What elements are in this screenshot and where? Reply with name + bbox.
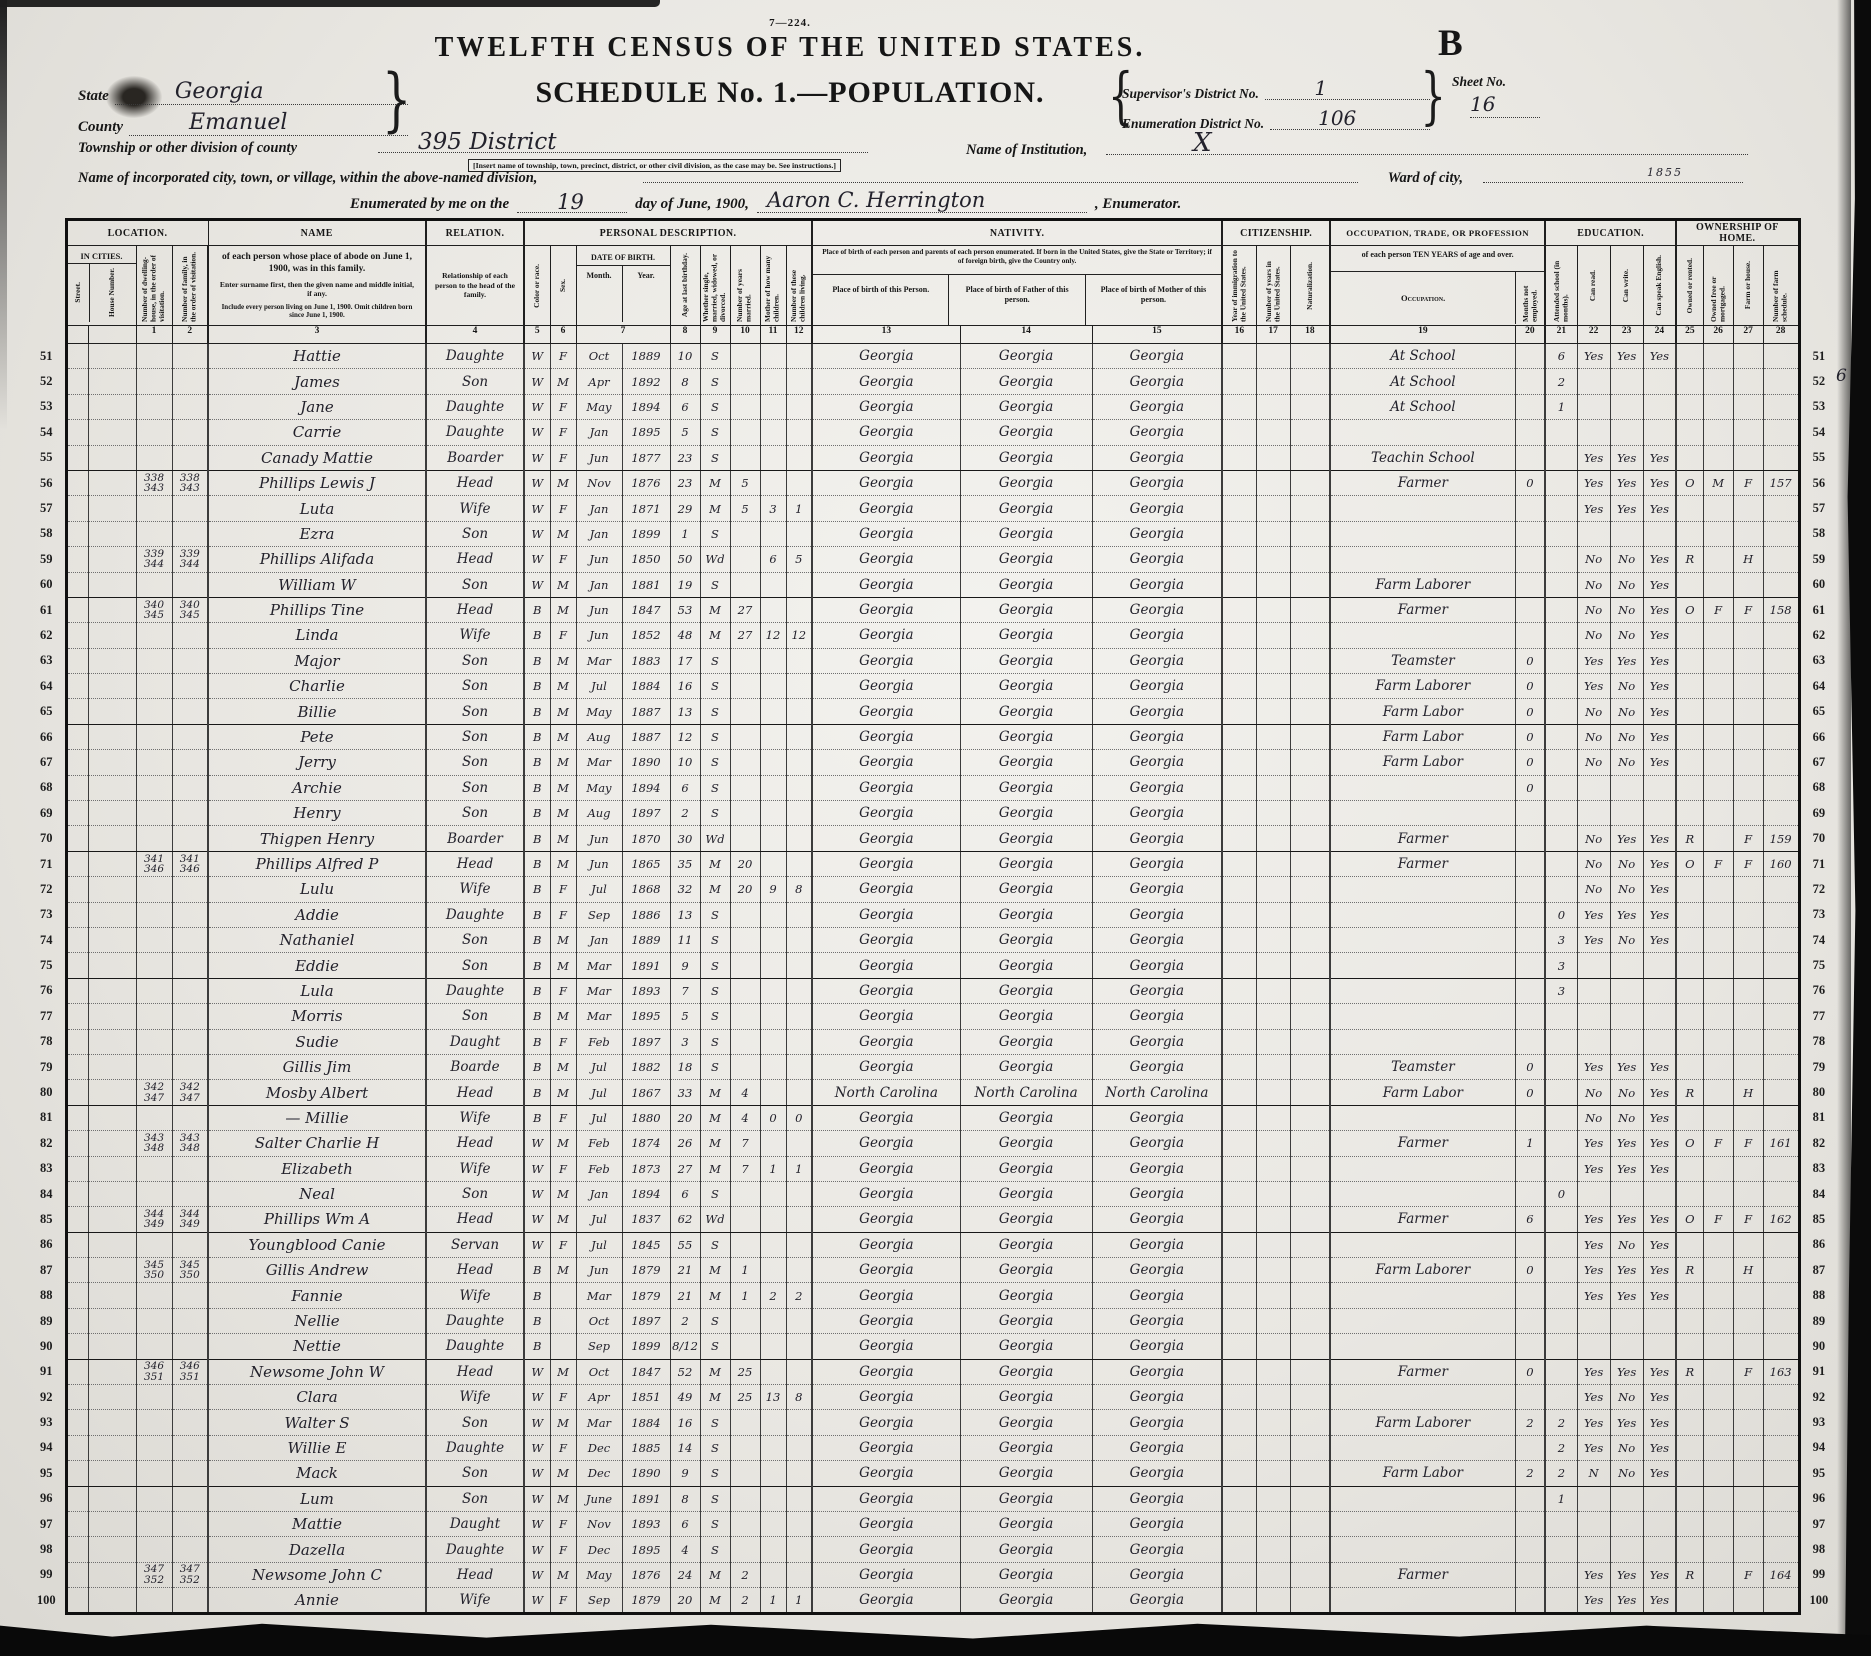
cell-birthplace-mother: Georgia	[1092, 1537, 1222, 1562]
cell-owned-free-mortgaged	[1703, 1181, 1733, 1206]
cell-can-read: No	[1577, 750, 1610, 775]
cell-house-number	[88, 521, 136, 546]
line-number-left: 73	[28, 902, 66, 927]
cell-name: Walter S	[208, 1410, 426, 1435]
cell-months-not-employed	[1515, 826, 1545, 851]
cell-farm-or-house	[1733, 953, 1763, 978]
cell-can-write: No	[1610, 877, 1643, 902]
col-mother-of-children: Mother of how many children.	[764, 250, 781, 322]
cell-immigration-year	[1222, 1537, 1256, 1562]
cell-owned-free-mortgaged	[1703, 674, 1733, 699]
cell-family-number	[172, 674, 208, 699]
cell-attended-school	[1545, 724, 1577, 749]
cell-farm-or-house	[1733, 1385, 1763, 1410]
cell-name: Newsome John W	[208, 1359, 426, 1384]
cell-farm-or-house: H	[1733, 547, 1763, 572]
cell-birth-year: 1847	[622, 1359, 670, 1384]
cell-sex: F	[550, 1435, 576, 1460]
cell-birth-year: 1884	[622, 674, 670, 699]
table-row: 72 Lulu Wife B F Jul 1868 32 M 20 9 8 Ge…	[28, 877, 1837, 902]
cell-immigration-year	[1222, 1080, 1256, 1105]
cell-months-not-employed	[1515, 445, 1545, 470]
cell-dwelling-number: 346 351	[136, 1359, 172, 1384]
line-number-left: 81	[28, 1105, 66, 1130]
cell-birth-year: 1893	[622, 1511, 670, 1536]
cell-farm-schedule-number: 163	[1763, 1359, 1799, 1384]
cell-occupation: Farm Labor	[1330, 724, 1515, 749]
cell-name: Billie	[208, 699, 426, 724]
line-number-left: 91	[28, 1359, 66, 1384]
cell-dwelling-number	[136, 1308, 172, 1333]
cell-birthplace-person: Georgia	[812, 851, 960, 876]
cell-relation: Son	[426, 521, 524, 546]
cell-farm-or-house	[1733, 1588, 1763, 1613]
cell-years-in-us	[1256, 1080, 1290, 1105]
cell-naturalization	[1290, 597, 1330, 622]
cell-farm-schedule-number	[1763, 775, 1799, 800]
column-number: 19	[1330, 326, 1515, 344]
cell-name: Elizabeth	[208, 1156, 426, 1181]
cell-can-speak-english: Yes	[1643, 470, 1676, 495]
cell-can-read: No	[1577, 1080, 1610, 1105]
cell-color-race: W	[524, 1232, 550, 1257]
cell-family-number: 339 344	[172, 547, 208, 572]
cell-sex: M	[550, 826, 576, 851]
cell-mother-of-children	[760, 344, 786, 369]
cell-birthplace-person: Georgia	[812, 623, 960, 648]
cell-farm-or-house	[1733, 775, 1763, 800]
cell-birthplace-mother: Georgia	[1092, 1410, 1222, 1435]
column-number: 10	[730, 326, 760, 344]
cell-mother-of-children	[760, 1435, 786, 1460]
line-number-right: 58	[1799, 521, 1837, 546]
cell-can-read	[1577, 1334, 1610, 1359]
cell-mother-of-children	[760, 1511, 786, 1536]
cell-can-read	[1577, 1308, 1610, 1333]
cell-dwelling-number	[136, 1435, 172, 1460]
cell-birthplace-father: Georgia	[960, 1283, 1092, 1308]
line-number-right: 65	[1799, 699, 1837, 724]
cell-owned-rented	[1676, 775, 1703, 800]
table-row: 55 Canady Mattie Boarder W F Jun 1877 23…	[28, 445, 1837, 470]
cell-children-living	[786, 1486, 812, 1511]
cell-sex: M	[550, 1004, 576, 1029]
cell-immigration-year	[1222, 775, 1256, 800]
cell-house-number	[88, 750, 136, 775]
cell-occupation	[1330, 420, 1515, 445]
supervisor-district-value: 1	[1314, 76, 1327, 100]
cell-birth-year: 1897	[622, 1029, 670, 1054]
cell-marital-status: S	[700, 1029, 730, 1054]
cell-can-read: Yes	[1577, 1588, 1610, 1613]
cell-attended-school	[1545, 699, 1577, 724]
cell-occupation	[1330, 801, 1515, 826]
cell-occupation	[1330, 978, 1515, 1003]
cell-name: Charlie	[208, 674, 426, 699]
cell-months-not-employed: 0	[1515, 750, 1545, 775]
cell-age: 16	[670, 1410, 700, 1435]
cell-children-living	[786, 572, 812, 597]
sheet-number-label: Sheet No.	[1452, 74, 1552, 90]
cell-farm-or-house	[1733, 445, 1763, 470]
line-number-right: 53	[1799, 394, 1837, 419]
cell-can-speak-english	[1643, 394, 1676, 419]
cell-farm-schedule-number	[1763, 1232, 1799, 1257]
cell-birthplace-mother: Georgia	[1092, 1258, 1222, 1283]
cell-owned-rented	[1676, 344, 1703, 369]
line-number-right: 92	[1799, 1385, 1837, 1410]
cell-age: 26	[670, 1131, 700, 1156]
cell-birthplace-father: Georgia	[960, 1029, 1092, 1054]
cell-mother-of-children	[760, 953, 786, 978]
cell-birth-year: 1883	[622, 648, 670, 673]
cell-attended-school	[1545, 826, 1577, 851]
cell-years-married: 25	[730, 1385, 760, 1410]
cell-dwelling-number	[136, 521, 172, 546]
cell-house-number	[88, 1029, 136, 1054]
column-number: 15	[1092, 326, 1222, 344]
cell-house-number	[88, 394, 136, 419]
cell-months-not-employed	[1515, 953, 1545, 978]
line-number-left: 64	[28, 674, 66, 699]
cell-can-write	[1610, 801, 1643, 826]
cell-dwelling-number	[136, 1105, 172, 1130]
cell-sex: M	[550, 699, 576, 724]
cell-immigration-year	[1222, 597, 1256, 622]
cell-children-living	[786, 420, 812, 445]
cell-owned-rented	[1676, 445, 1703, 470]
cell-relation: Son	[426, 801, 524, 826]
cell-occupation: Farm Laborer	[1330, 674, 1515, 699]
cell-house-number	[88, 1207, 136, 1232]
state-field: State Georgia	[78, 74, 408, 105]
cell-owned-rented	[1676, 1410, 1703, 1435]
cell-birthplace-person: Georgia	[812, 1461, 960, 1486]
column-number: 1	[136, 326, 172, 344]
cell-occupation	[1330, 1385, 1515, 1410]
cell-birth-month: Jan	[576, 927, 622, 952]
col-sex: Sex.	[559, 279, 568, 292]
table-row: 83 Elizabeth Wife W F Feb 1873 27 M 7 1 …	[28, 1156, 1837, 1181]
column-number: 21	[1545, 326, 1577, 344]
cell-farm-or-house: F	[1733, 1207, 1763, 1232]
cell-mother-of-children	[760, 1537, 786, 1562]
cell-children-living	[786, 470, 812, 495]
cell-birth-month: Dec	[576, 1537, 622, 1562]
cell-naturalization	[1290, 978, 1330, 1003]
table-row: 77 Morris Son B M Mar 1895 5 S Georgia G…	[28, 1004, 1837, 1029]
cell-owned-free-mortgaged	[1703, 344, 1733, 369]
cell-birthplace-mother: Georgia	[1092, 1156, 1222, 1181]
line-number-left: 82	[28, 1131, 66, 1156]
cell-owned-free-mortgaged	[1703, 826, 1733, 851]
column-number: 20	[1515, 326, 1545, 344]
cell-age: 14	[670, 1435, 700, 1460]
cell-house-number	[88, 344, 136, 369]
cell-owned-free-mortgaged	[1703, 1385, 1733, 1410]
cell-years-in-us	[1256, 648, 1290, 673]
cell-farm-schedule-number	[1763, 394, 1799, 419]
column-number: 7	[576, 326, 670, 344]
cell-birthplace-mother: Georgia	[1092, 775, 1222, 800]
cell-owned-rented	[1676, 1588, 1703, 1613]
cell-mother-of-children	[760, 1054, 786, 1079]
cell-owned-free-mortgaged: F	[1703, 851, 1733, 876]
cell-years-married	[730, 1435, 760, 1460]
cell-house-number	[88, 826, 136, 851]
cell-family-number	[172, 1181, 208, 1206]
cell-age: 50	[670, 547, 700, 572]
cell-can-read: No	[1577, 597, 1610, 622]
cell-age: 9	[670, 1461, 700, 1486]
cell-immigration-year	[1222, 1588, 1256, 1613]
cell-birthplace-mother: Georgia	[1092, 1283, 1222, 1308]
cell-color-race: W	[524, 1131, 550, 1156]
cell-birth-year: 1889	[622, 344, 670, 369]
cell-birthplace-mother: Georgia	[1092, 927, 1222, 952]
cell-sex: M	[550, 648, 576, 673]
cell-occupation: Farm Laborer	[1330, 1410, 1515, 1435]
ward-handwritten-mark: 1855	[1647, 166, 1683, 179]
cell-can-speak-english	[1643, 1308, 1676, 1333]
cell-color-race: B	[524, 699, 550, 724]
line-number-left: 65	[28, 699, 66, 724]
cell-birthplace-mother: Georgia	[1092, 344, 1222, 369]
cell-can-read: No	[1577, 623, 1610, 648]
cell-owned-rented	[1676, 674, 1703, 699]
cell-attended-school	[1545, 1334, 1577, 1359]
line-number-right: 91	[1799, 1359, 1837, 1384]
cell-birthplace-person: Georgia	[812, 1588, 960, 1613]
cell-relation: Son	[426, 1410, 524, 1435]
cell-years-in-us	[1256, 902, 1290, 927]
cell-birthplace-person: Georgia	[812, 445, 960, 470]
cell-birthplace-person: Georgia	[812, 648, 960, 673]
cell-can-speak-english: Yes	[1643, 927, 1676, 952]
cell-months-not-employed	[1515, 1588, 1545, 1613]
cell-birthplace-mother: Georgia	[1092, 445, 1222, 470]
line-number-left: 72	[28, 877, 66, 902]
cell-birth-year: 1895	[622, 1537, 670, 1562]
line-number-right: 55	[1799, 445, 1837, 470]
col-occupation: Occupation.	[1331, 272, 1516, 324]
column-number: 4	[426, 326, 524, 344]
cell-dwelling-number	[136, 902, 172, 927]
cell-street	[66, 1562, 88, 1587]
line-number-left: 99	[28, 1562, 66, 1587]
cell-age: 5	[670, 420, 700, 445]
cell-street	[66, 1308, 88, 1333]
cell-farm-or-house	[1733, 750, 1763, 775]
cell-age: 21	[670, 1258, 700, 1283]
cell-naturalization	[1290, 1385, 1330, 1410]
cell-owned-rented: R	[1676, 826, 1703, 851]
cell-can-write: No	[1610, 1385, 1643, 1410]
cell-farm-schedule-number	[1763, 344, 1799, 369]
cell-color-race: W	[524, 547, 550, 572]
cell-owned-rented	[1676, 623, 1703, 648]
cell-relation: Servan	[426, 1232, 524, 1257]
cell-can-write: Yes	[1610, 1588, 1643, 1613]
cell-birthplace-father: Georgia	[960, 1054, 1092, 1079]
cell-color-race: B	[524, 902, 550, 927]
cell-naturalization	[1290, 1080, 1330, 1105]
cell-dwelling-number	[136, 953, 172, 978]
cell-birth-month: Jul	[576, 1105, 622, 1130]
cell-farm-or-house	[1733, 877, 1763, 902]
cell-birth-month: Apr	[576, 1385, 622, 1410]
cell-name: Jane	[208, 394, 426, 419]
cell-birth-month: Mar	[576, 978, 622, 1003]
cell-color-race: W	[524, 344, 550, 369]
cell-years-in-us	[1256, 521, 1290, 546]
column-number-row: 1234567891011121314151617181920212223242…	[28, 326, 1837, 344]
cell-naturalization	[1290, 851, 1330, 876]
cell-naturalization	[1290, 1334, 1330, 1359]
cell-birth-month: Jul	[576, 1207, 622, 1232]
cell-mother-of-children: 12	[760, 623, 786, 648]
cell-street	[66, 1461, 88, 1486]
group-name: NAME	[208, 220, 426, 246]
line-number-left: 94	[28, 1435, 66, 1460]
cell-sex: M	[550, 674, 576, 699]
cell-naturalization	[1290, 1308, 1330, 1333]
cell-color-race: W	[524, 1486, 550, 1511]
cell-occupation	[1330, 623, 1515, 648]
cell-mother-of-children	[760, 1461, 786, 1486]
cell-farm-schedule-number	[1763, 1181, 1799, 1206]
cell-dwelling-number	[136, 674, 172, 699]
cell-owned-rented	[1676, 1181, 1703, 1206]
col-birth-year: Year.	[623, 266, 670, 322]
cell-years-in-us	[1256, 1461, 1290, 1486]
line-number-left: 57	[28, 496, 66, 521]
cell-birthplace-mother: Georgia	[1092, 496, 1222, 521]
state-label: State	[78, 88, 109, 105]
cell-name: Phillips Alfred P	[208, 851, 426, 876]
cell-occupation	[1330, 1588, 1515, 1613]
cell-birthplace-person: Georgia	[812, 369, 960, 394]
cell-immigration-year	[1222, 1054, 1256, 1079]
cell-birth-month: Aug	[576, 801, 622, 826]
cell-birthplace-person: Georgia	[812, 1105, 960, 1130]
cell-mother-of-children	[760, 674, 786, 699]
cell-naturalization	[1290, 1156, 1330, 1181]
line-number-right: 80	[1799, 1080, 1837, 1105]
cell-birthplace-person: Georgia	[812, 1054, 960, 1079]
cell-dwelling-number	[136, 750, 172, 775]
cell-sex: M	[550, 1562, 576, 1587]
cell-farm-schedule-number	[1763, 1410, 1799, 1435]
cell-color-race: B	[524, 1105, 550, 1130]
cell-birthplace-mother: Georgia	[1092, 521, 1222, 546]
cell-can-write: Yes	[1610, 1283, 1643, 1308]
cell-owned-free-mortgaged: F	[1703, 1207, 1733, 1232]
cell-name: Addie	[208, 902, 426, 927]
cell-relation: Head	[426, 547, 524, 572]
cell-birthplace-person: Georgia	[812, 1435, 960, 1460]
cell-family-number	[172, 902, 208, 927]
cell-age: 8/12	[670, 1334, 700, 1359]
cell-occupation: Farm Laborer	[1330, 572, 1515, 597]
cell-marital-status: S	[700, 927, 730, 952]
cell-children-living: 2	[786, 1283, 812, 1308]
group-relation: RELATION.	[426, 220, 524, 246]
cell-color-race: W	[524, 1181, 550, 1206]
cell-can-speak-english	[1643, 1004, 1676, 1029]
cell-family-number	[172, 953, 208, 978]
cell-years-married	[730, 674, 760, 699]
cell-color-race: W	[524, 1537, 550, 1562]
line-number-right: 52	[1799, 369, 1837, 394]
table-row: 60 William W Son W M Jan 1881 19 S Georg…	[28, 572, 1837, 597]
cell-mother-of-children: 1	[760, 1588, 786, 1613]
cell-attended-school	[1545, 1232, 1577, 1257]
line-number-right: 56	[1799, 470, 1837, 495]
cell-years-in-us	[1256, 1029, 1290, 1054]
cell-street	[66, 953, 88, 978]
cell-relation: Head	[426, 1207, 524, 1232]
subheader-date-of-birth: DATE OF BIRTH. Month. Year.	[576, 246, 670, 326]
cell-birthplace-person: Georgia	[812, 699, 960, 724]
cell-farm-or-house	[1733, 1029, 1763, 1054]
cell-immigration-year	[1222, 572, 1256, 597]
cell-birth-year: 1885	[622, 1435, 670, 1460]
cell-street	[66, 572, 88, 597]
cell-naturalization	[1290, 877, 1330, 902]
cell-family-number	[172, 1308, 208, 1333]
cell-children-living	[786, 1029, 812, 1054]
cell-relation: Wife	[426, 496, 524, 521]
cell-months-not-employed: 0	[1515, 1359, 1545, 1384]
cell-family-number	[172, 648, 208, 673]
col-can-speak-english: Can speak English.	[1655, 255, 1664, 316]
table-row: 53 Jane Daughte W F May 1894 6 S Georgia…	[28, 394, 1837, 419]
cell-street	[66, 1511, 88, 1536]
enumerated-day: 19	[557, 190, 584, 214]
township-label: Township or other division of county	[78, 140, 297, 157]
table-row: 96 Lum Son W M June 1891 8 S Georgia Geo…	[28, 1486, 1837, 1511]
cell-can-write: No	[1610, 1105, 1643, 1130]
col-can-write: Can write.	[1622, 269, 1631, 302]
cell-street	[66, 877, 88, 902]
cell-can-read: No	[1577, 724, 1610, 749]
cell-birthplace-person: Georgia	[812, 1537, 960, 1562]
cell-name: Linda	[208, 623, 426, 648]
cell-family-number	[172, 1105, 208, 1130]
cell-children-living: 8	[786, 877, 812, 902]
cell-birthplace-mother: Georgia	[1092, 877, 1222, 902]
col-immigration-year: Year of immigration to the United States…	[1231, 250, 1248, 322]
cell-months-not-employed: 2	[1515, 1410, 1545, 1435]
cell-birth-month: Apr	[576, 369, 622, 394]
cell-occupation	[1330, 1283, 1515, 1308]
cell-birth-month: Jan	[576, 496, 622, 521]
column-number: 26	[1703, 326, 1733, 344]
cell-can-write: No	[1610, 623, 1643, 648]
line-number-right: 83	[1799, 1156, 1837, 1181]
cell-months-not-employed	[1515, 1181, 1545, 1206]
cell-birth-month: Mar	[576, 1283, 622, 1308]
cell-name: Hattie	[208, 344, 426, 369]
cell-occupation: At School	[1330, 369, 1515, 394]
cell-birthplace-mother: Georgia	[1092, 674, 1222, 699]
cell-relation: Son	[426, 1181, 524, 1206]
table-row: 98 Dazella Daughte W F Dec 1895 4 S Geor…	[28, 1537, 1837, 1562]
cell-age: 10	[670, 344, 700, 369]
cell-sex: F	[550, 623, 576, 648]
cell-years-in-us	[1256, 953, 1290, 978]
